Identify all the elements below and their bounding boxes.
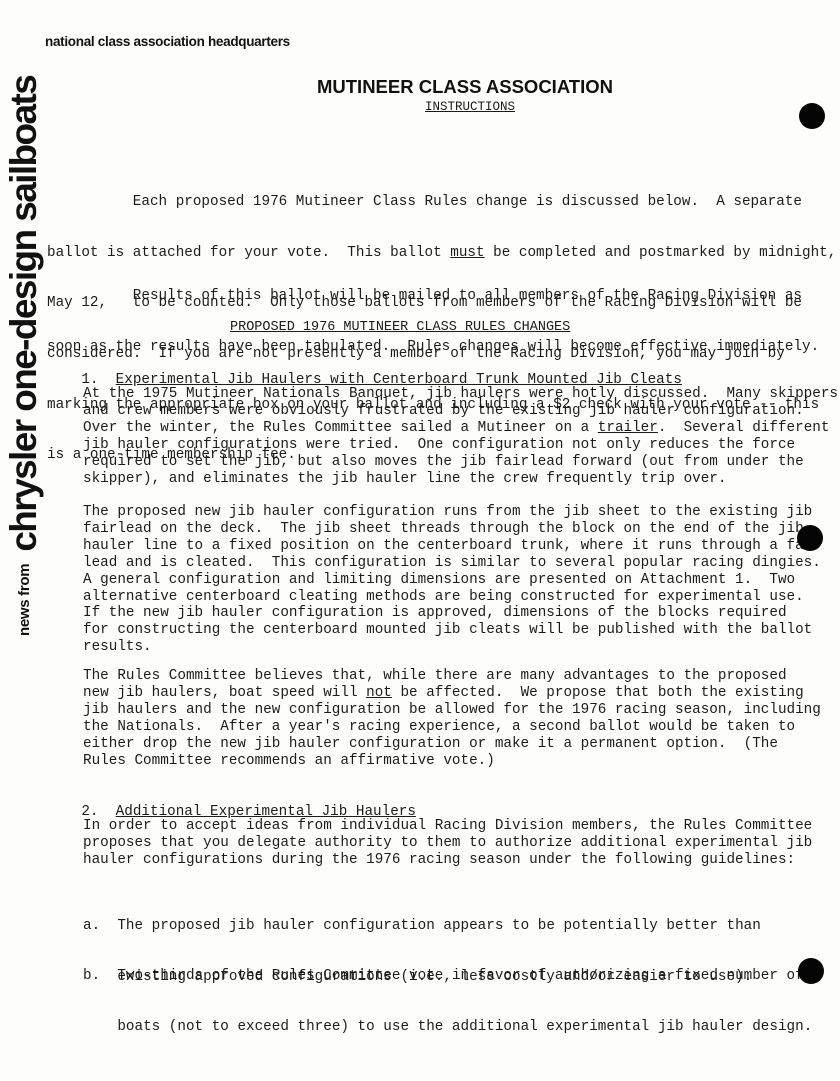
document-subtitle: INSTRUCTIONS <box>0 100 840 114</box>
text-line: and crew members were obviously frustrat… <box>83 403 838 420</box>
text-line: either drop the new jib hauler configura… <box>83 736 821 753</box>
emphasis: trailer <box>598 420 658 436</box>
text-line: soon as the results have been tabulated.… <box>47 339 819 356</box>
org-line: national class association headquarters <box>45 34 290 49</box>
guideline-item-b: b. Two-thirds of the Rules Committee vot… <box>83 934 812 1069</box>
text-line: skipper), and eliminates the jib hauler … <box>83 471 838 488</box>
text-line: results. <box>83 639 821 656</box>
text-line: In order to accept ideas from individual… <box>83 818 812 835</box>
sidebar-masthead: news from chrysler one-design sailboats <box>4 40 44 640</box>
text-line: The Rules Committee believes that, while… <box>83 668 821 685</box>
masthead-prefix: news from <box>16 564 33 636</box>
document-page: news from chrysler one-design sailboats … <box>0 0 840 1081</box>
text-line: hauler configurations during the 1976 ra… <box>83 852 812 869</box>
document-title: MUTINEER CLASS ASSOCIATION <box>0 76 840 98</box>
section-1-paragraph-2: The proposed new jib hauler configuratio… <box>83 504 821 656</box>
text-line: new jib haulers, boat speed will not be … <box>83 685 821 702</box>
punch-hole-icon <box>797 525 823 551</box>
section-1-paragraph-3: The Rules Committee believes that, while… <box>83 668 821 769</box>
text-line: The proposed new jib hauler configuratio… <box>83 504 821 521</box>
punch-hole-icon <box>798 958 824 984</box>
text-line: A general configuration and limiting dim… <box>83 572 821 589</box>
masthead-brand: chrysler one-design sailboats <box>3 76 45 552</box>
text-line: required to set the jib, but also moves … <box>83 454 838 471</box>
text-line: Results of this ballot will be mailed to… <box>47 288 819 305</box>
text-line: proposes that you delegate authority to … <box>83 835 812 852</box>
proposals-heading: PROPOSED 1976 MUTINEER CLASS RULES CHANG… <box>230 320 570 337</box>
section-2-paragraph-1: In order to accept ideas from individual… <box>83 818 812 869</box>
text-line: jib haulers and the new configuration be… <box>83 702 821 719</box>
text-line: If the new jib hauler configuration is a… <box>83 605 821 622</box>
emphasis: not <box>366 685 392 701</box>
text-line: the Nationals. After a year's racing exp… <box>83 719 821 736</box>
text-line: fairlead on the deck. The jib sheet thre… <box>83 521 821 538</box>
text-line: At the 1975 Mutineer Nationals Banquet, … <box>83 386 838 403</box>
text-line: Rules Committee recommends an affirmativ… <box>83 753 821 770</box>
text-line: hauler line to a fixed position on the c… <box>83 538 821 555</box>
text-line: jib hauler configurations were tried. On… <box>83 437 838 454</box>
item-label: b. <box>83 968 100 984</box>
section-1-paragraph-1: At the 1975 Mutineer Nationals Banquet, … <box>83 386 838 487</box>
text-line: alternative centerboard cleating methods… <box>83 589 821 606</box>
text-line: for constructing the centerboard mounted… <box>83 622 821 639</box>
item-label: a. <box>83 918 100 934</box>
text-line: Over the winter, the Rules Committee sai… <box>83 420 838 437</box>
punch-hole-icon <box>799 103 825 129</box>
text-line: lead and is cleated. This configuration … <box>83 555 821 572</box>
text-line: Each proposed 1976 Mutineer Class Rules … <box>47 194 836 211</box>
